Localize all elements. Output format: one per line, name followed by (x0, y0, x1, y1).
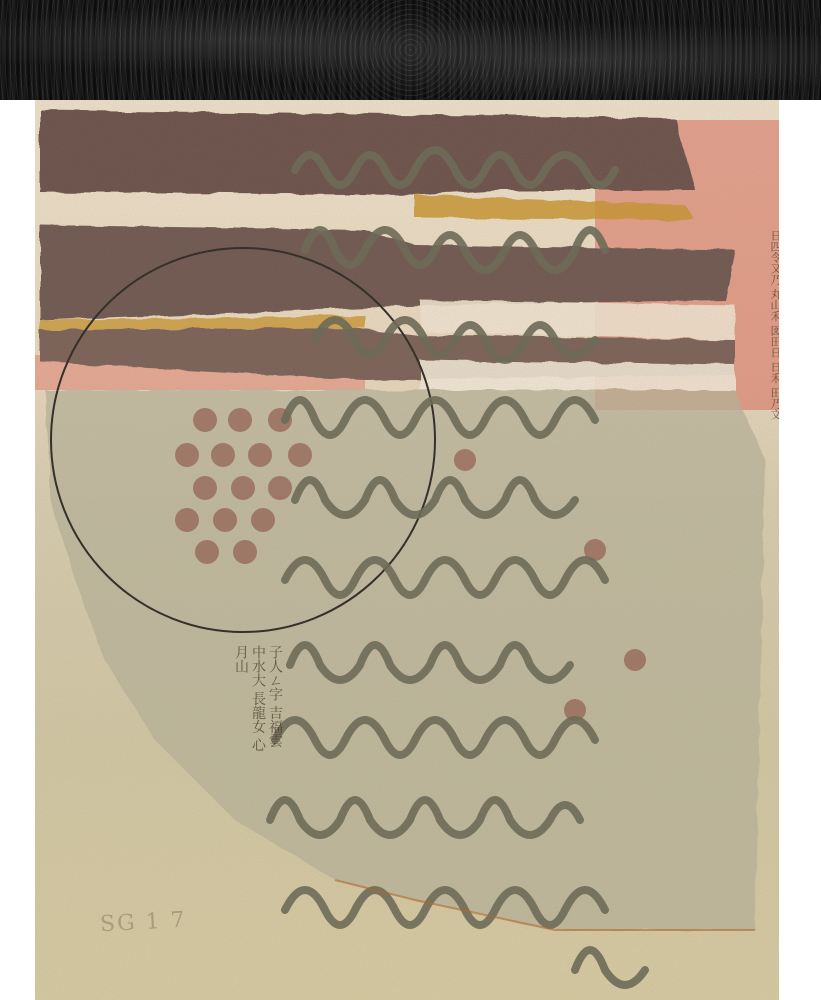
kanji-collage-block: 子人ㄥ字 吉福雲 中水大 長龍女 心月山 (163, 645, 283, 765)
top-black-band (0, 0, 821, 100)
embossed-signature: SG 1 7 (99, 908, 187, 938)
artwork-layers (35, 100, 779, 1000)
artwork-paper: 子人ㄥ字 吉福雲 中水大 長龍女 心月山 日四令又乃 丸山禾 図田日 日禾 田乃… (35, 100, 779, 1000)
side-kanji-column: 日四令又乃 丸山禾 図田日 日禾 田乃文 (762, 230, 779, 420)
